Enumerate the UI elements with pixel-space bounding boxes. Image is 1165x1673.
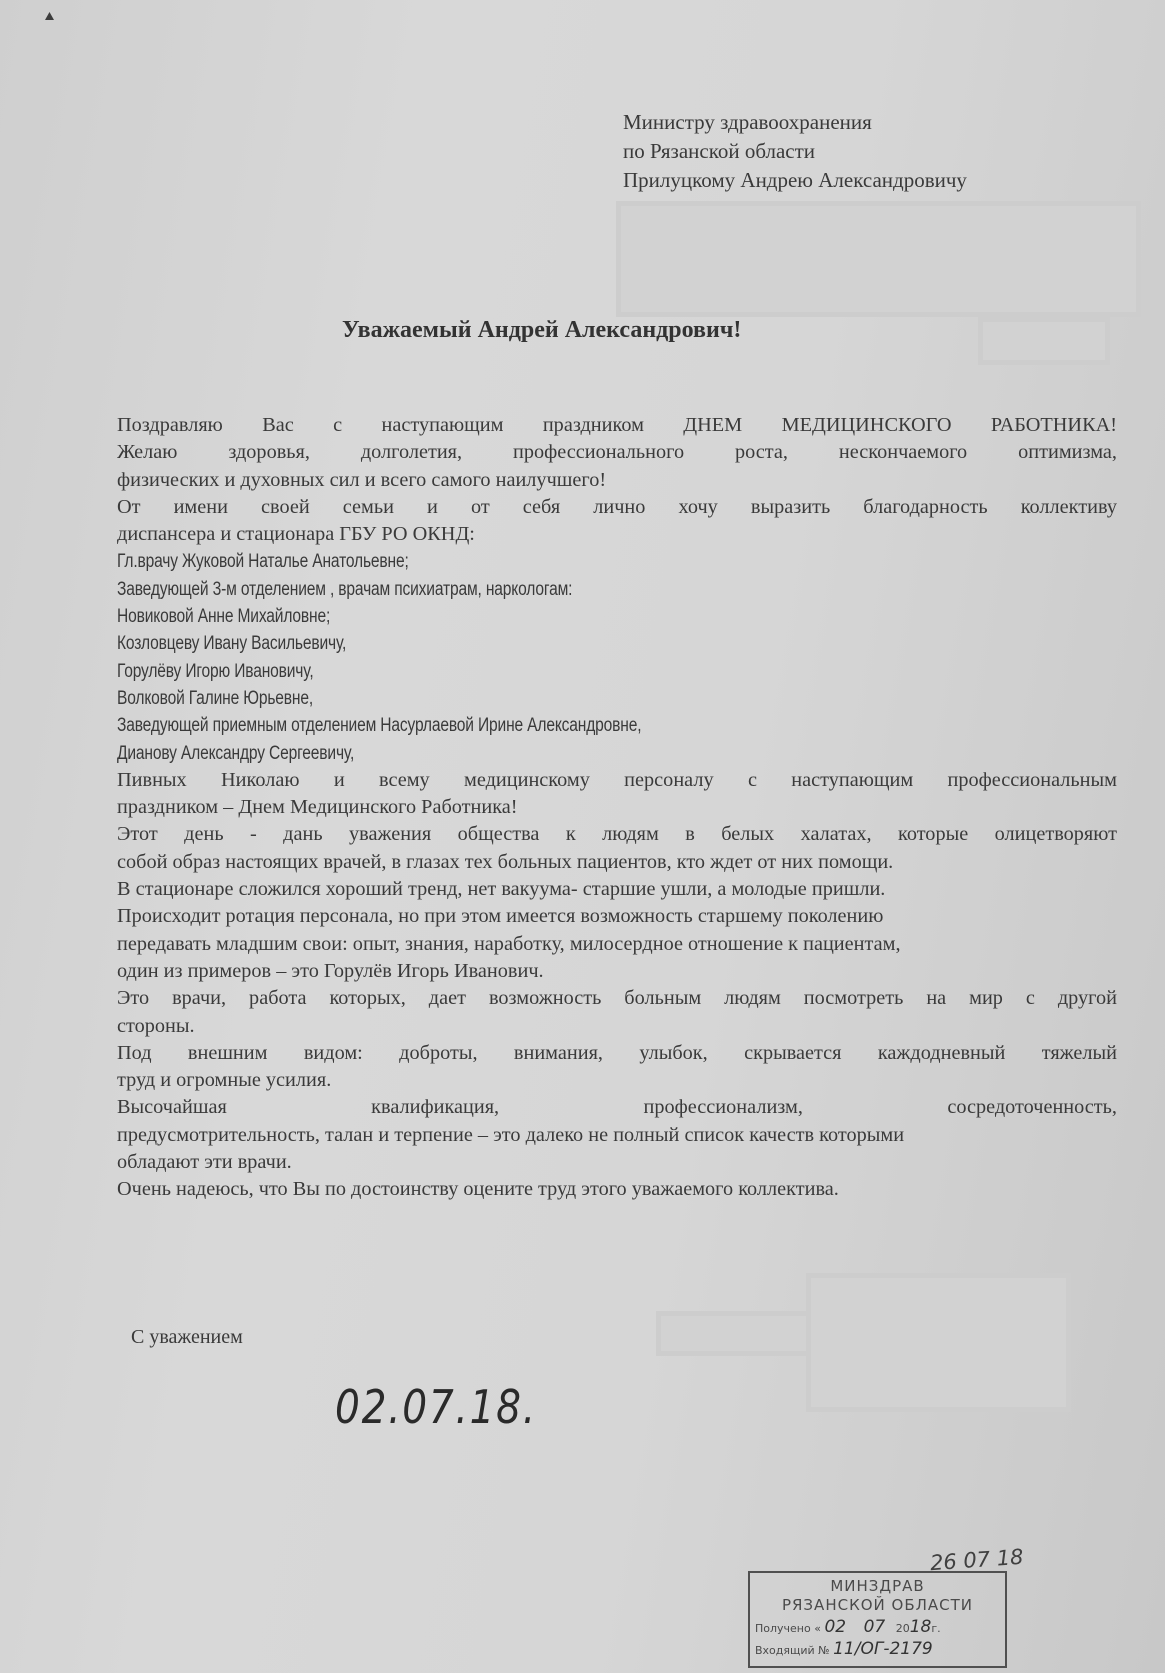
stamp-year-prefix: 20 bbox=[896, 1622, 910, 1635]
body-line: Заведующей 3-м отделением , врачам психи… bbox=[117, 576, 937, 603]
body-line: Пивных Николаю и всему медицинскому перс… bbox=[117, 767, 1117, 794]
body-line: Поздравляю Вас с наступающим праздником … bbox=[117, 412, 1117, 439]
stamp-year-suffix: г. bbox=[931, 1622, 940, 1635]
addressee-line: по Рязанской области bbox=[623, 137, 967, 166]
stamp-received-month: 07 bbox=[864, 1617, 886, 1637]
closing-salutation: С уважением bbox=[131, 1326, 243, 1349]
body-line: Высочайшая квалификация, профессионализм… bbox=[117, 1094, 1117, 1121]
body-line: Гл.врачу Жуковой Наталье Анатольевне; bbox=[117, 548, 937, 575]
letter-body: Поздравляю Вас с наступающим праздником … bbox=[117, 412, 1117, 1204]
stamp-received-label: Получено « bbox=[755, 1622, 821, 1635]
body-line: физических и духовных сил и всего самого… bbox=[117, 467, 1117, 494]
addressee-block: Министру здравоохранения по Рязанской об… bbox=[623, 108, 967, 195]
body-line: обладают эти врачи. bbox=[117, 1149, 1117, 1176]
stamp-incoming-row: Входящий № 11/ОГ-2179 bbox=[755, 1639, 1005, 1659]
body-line: труд и огромные усилия. bbox=[117, 1067, 1117, 1094]
redacted-mark bbox=[983, 322, 1105, 360]
body-line: Очень надеюсь, что Вы по достоинству оце… bbox=[117, 1176, 1117, 1203]
stamp-received-year: 18 bbox=[910, 1617, 932, 1637]
stamp-org-line1: МИНЗДРАВ bbox=[750, 1577, 1005, 1596]
body-line: Происходит ротация персонала, но при это… bbox=[117, 903, 1117, 930]
registration-stamp: МИНЗДРАВ РЯЗАНСКОЙ ОБЛАСТИ Получено « 02… bbox=[748, 1571, 1007, 1668]
body-line: В стационаре сложился хороший тренд, нет… bbox=[117, 876, 1117, 903]
body-line: передавать младшим свои: опыт, знания, н… bbox=[117, 931, 1117, 958]
body-line: Горулёву Игорю Ивановичу, bbox=[117, 658, 937, 685]
body-line: Заведующей приемным отделением Насурлаев… bbox=[117, 712, 937, 739]
body-line: Этот день - дань уважения общества к люд… bbox=[117, 821, 1117, 848]
body-line: Дианову Александру Сергеевичу, bbox=[117, 740, 937, 767]
body-line: От имени своей семьи и от себя лично хоч… bbox=[117, 494, 1117, 521]
body-line: стороны. bbox=[117, 1013, 1117, 1040]
scanned-letter-page: Министру здравоохранения по Рязанской об… bbox=[0, 0, 1165, 1673]
addressee-line: Министру здравоохранения bbox=[623, 108, 967, 137]
body-line: диспансера и стационара ГБУ РО ОКНД: bbox=[117, 521, 1117, 548]
body-line: предусмотрительность, талан и терпение –… bbox=[117, 1122, 1117, 1149]
stamp-received-row: Получено « 02 07 2018г. bbox=[755, 1617, 1005, 1637]
body-line: праздником – Днем Медицинского Работника… bbox=[117, 794, 1117, 821]
body-line: один из примеров – это Горулёв Игорь Ива… bbox=[117, 958, 1117, 985]
body-line: Козловцеву Ивану Васильевичу, bbox=[117, 630, 937, 657]
redacted-sender-block bbox=[621, 206, 1136, 312]
body-line: собой образ настоящих врачей, в глазах т… bbox=[117, 849, 1117, 876]
stamp-incoming-number: 11/ОГ-2179 bbox=[833, 1639, 933, 1659]
body-line: Это врачи, работа которых, дает возможно… bbox=[117, 985, 1117, 1012]
handwritten-date: 02.07.18. bbox=[335, 1380, 537, 1434]
body-line: Волковой Галине Юрьевне, bbox=[117, 685, 937, 712]
stamp-received-day: 02 bbox=[824, 1617, 846, 1637]
body-line: Под внешним видом: доброты, внимания, ул… bbox=[117, 1040, 1117, 1067]
addressee-line: Прилуцкому Андрею Александровичу bbox=[623, 166, 967, 195]
greeting-heading: Уважаемый Андрей Александрович! bbox=[342, 317, 741, 344]
body-line: Желаю здоровья, долголетия, профессионал… bbox=[117, 439, 1117, 466]
redacted-signer-name bbox=[811, 1278, 1066, 1407]
stamp-incoming-label: Входящий № bbox=[755, 1644, 830, 1657]
stamp-org-line2: РЯЗАНСКОЙ ОБЛАСТИ bbox=[750, 1596, 1005, 1615]
body-line: Новиковой Анне Михайловне; bbox=[117, 603, 937, 630]
redacted-signature bbox=[661, 1316, 806, 1351]
scan-speck bbox=[45, 12, 54, 20]
